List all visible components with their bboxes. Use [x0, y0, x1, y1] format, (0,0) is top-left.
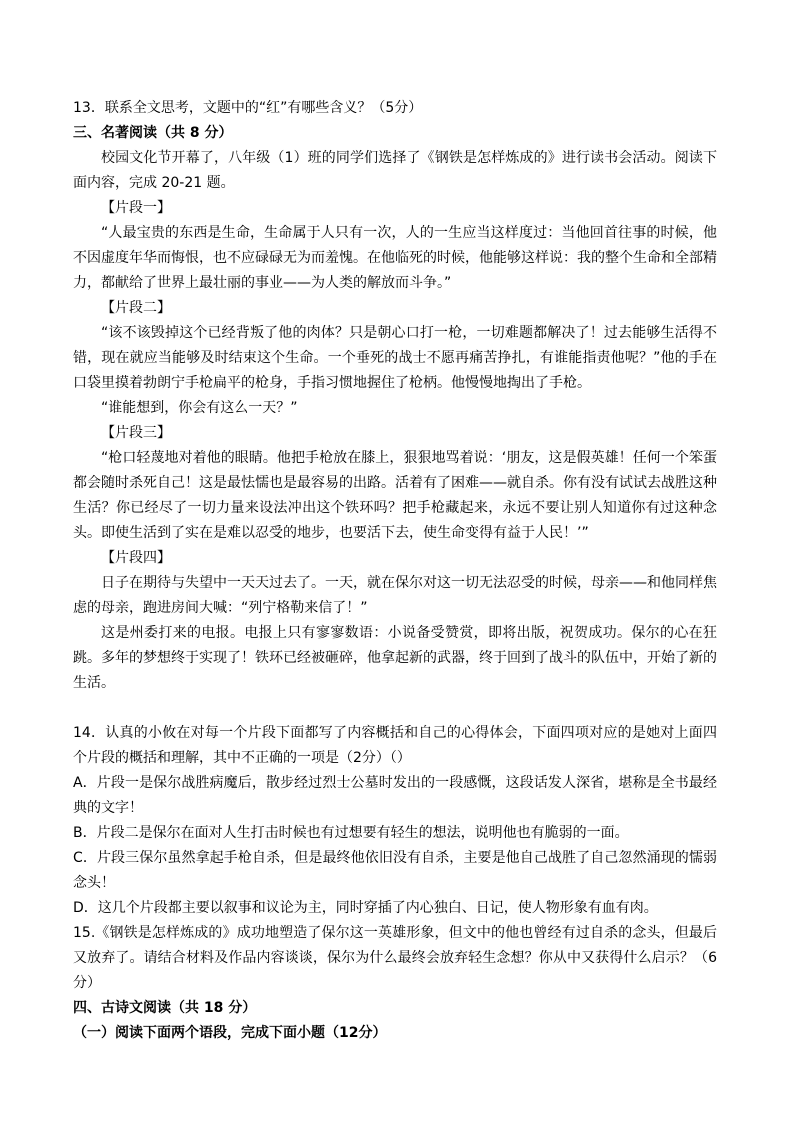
fragment-1-text: “人最宝贵的东西是生命，生命属于人只有一次，人的一生应当这样度过：当他回首往事的… [73, 221, 717, 296]
question-14-option-b: B．片段二是保尔在面对人生打击时候也有过想要有轻生的想法，说明他也有脆弱的一面。 [73, 821, 717, 846]
fragment-4-label: 【片段四】 [73, 546, 717, 571]
fragment-2-label: 【片段二】 [73, 296, 717, 321]
question-15: 15.《钢铁是怎样炼成的》成功地塑造了保尔这一英雄形象，但文中的他也曾经有过自杀… [73, 921, 717, 996]
question-14-option-d: D．这几个片段都主要以叙事和议论为主，同时穿插了内心独白、日记，使人物形象有血有… [73, 896, 717, 921]
document-page: 13．联系全文思考，文题中的“红”有哪些含义？（5分） 三、名著阅读（共 8 分… [73, 96, 717, 1046]
section-3-heading: 三、名著阅读（共 8 分） [73, 121, 717, 146]
section-4-heading: 四、古诗文阅读（共 18 分） [73, 996, 717, 1021]
fragment-2-text: “该不该毁掉这个已经背叛了他的肉体？只是朝心口打一枪，一切难题都解决了！过去能够… [73, 321, 717, 396]
question-14-option-c: C．片段三保尔虽然拿起手枪自杀，但是最终他依旧没有自杀，主要是他自己战胜了自己忽… [73, 846, 717, 896]
fragment-3-label: 【片段三】 [73, 421, 717, 446]
fragment-1-label: 【片段一】 [73, 196, 717, 221]
section-3-intro: 校园文化节开幕了，八年级（1）班的同学们选择了《钢铁是怎样炼成的》进行读书会活动… [73, 146, 717, 196]
fragment-2-text-2: “谁能想到，你会有这么一天？” [73, 396, 717, 421]
section-4-subheading: （一）阅读下面两个语段，完成下面小题（12分） [73, 1021, 717, 1046]
fragment-4-text-2: 这是州委打来的电报。电报上只有寥寥数语：小说备受赞赏，即将出版，祝贺成功。保尔的… [73, 621, 717, 696]
question-13: 13．联系全文思考，文题中的“红”有哪些含义？（5分） [73, 96, 717, 121]
question-14-stem: 14．认真的小攸在对每一个片段下面都写了内容概括和自己的心得体会，下面四项对应的… [73, 721, 717, 771]
fragment-3-text: “枪口轻蔑地对着他的眼睛。他把手枪放在膝上，狠狠地骂着说：‘朋友，这是假英雄！任… [73, 446, 717, 546]
blank-spacer [73, 696, 717, 721]
fragment-4-text: 日子在期待与失望中一天天过去了。一天，就在保尔对这一切无法忍受的时候，母亲——和… [73, 571, 717, 621]
question-14-option-a: A．片段一是保尔战胜病魔后，散步经过烈士公墓时发出的一段感慨，这段话发人深省，堪… [73, 771, 717, 821]
